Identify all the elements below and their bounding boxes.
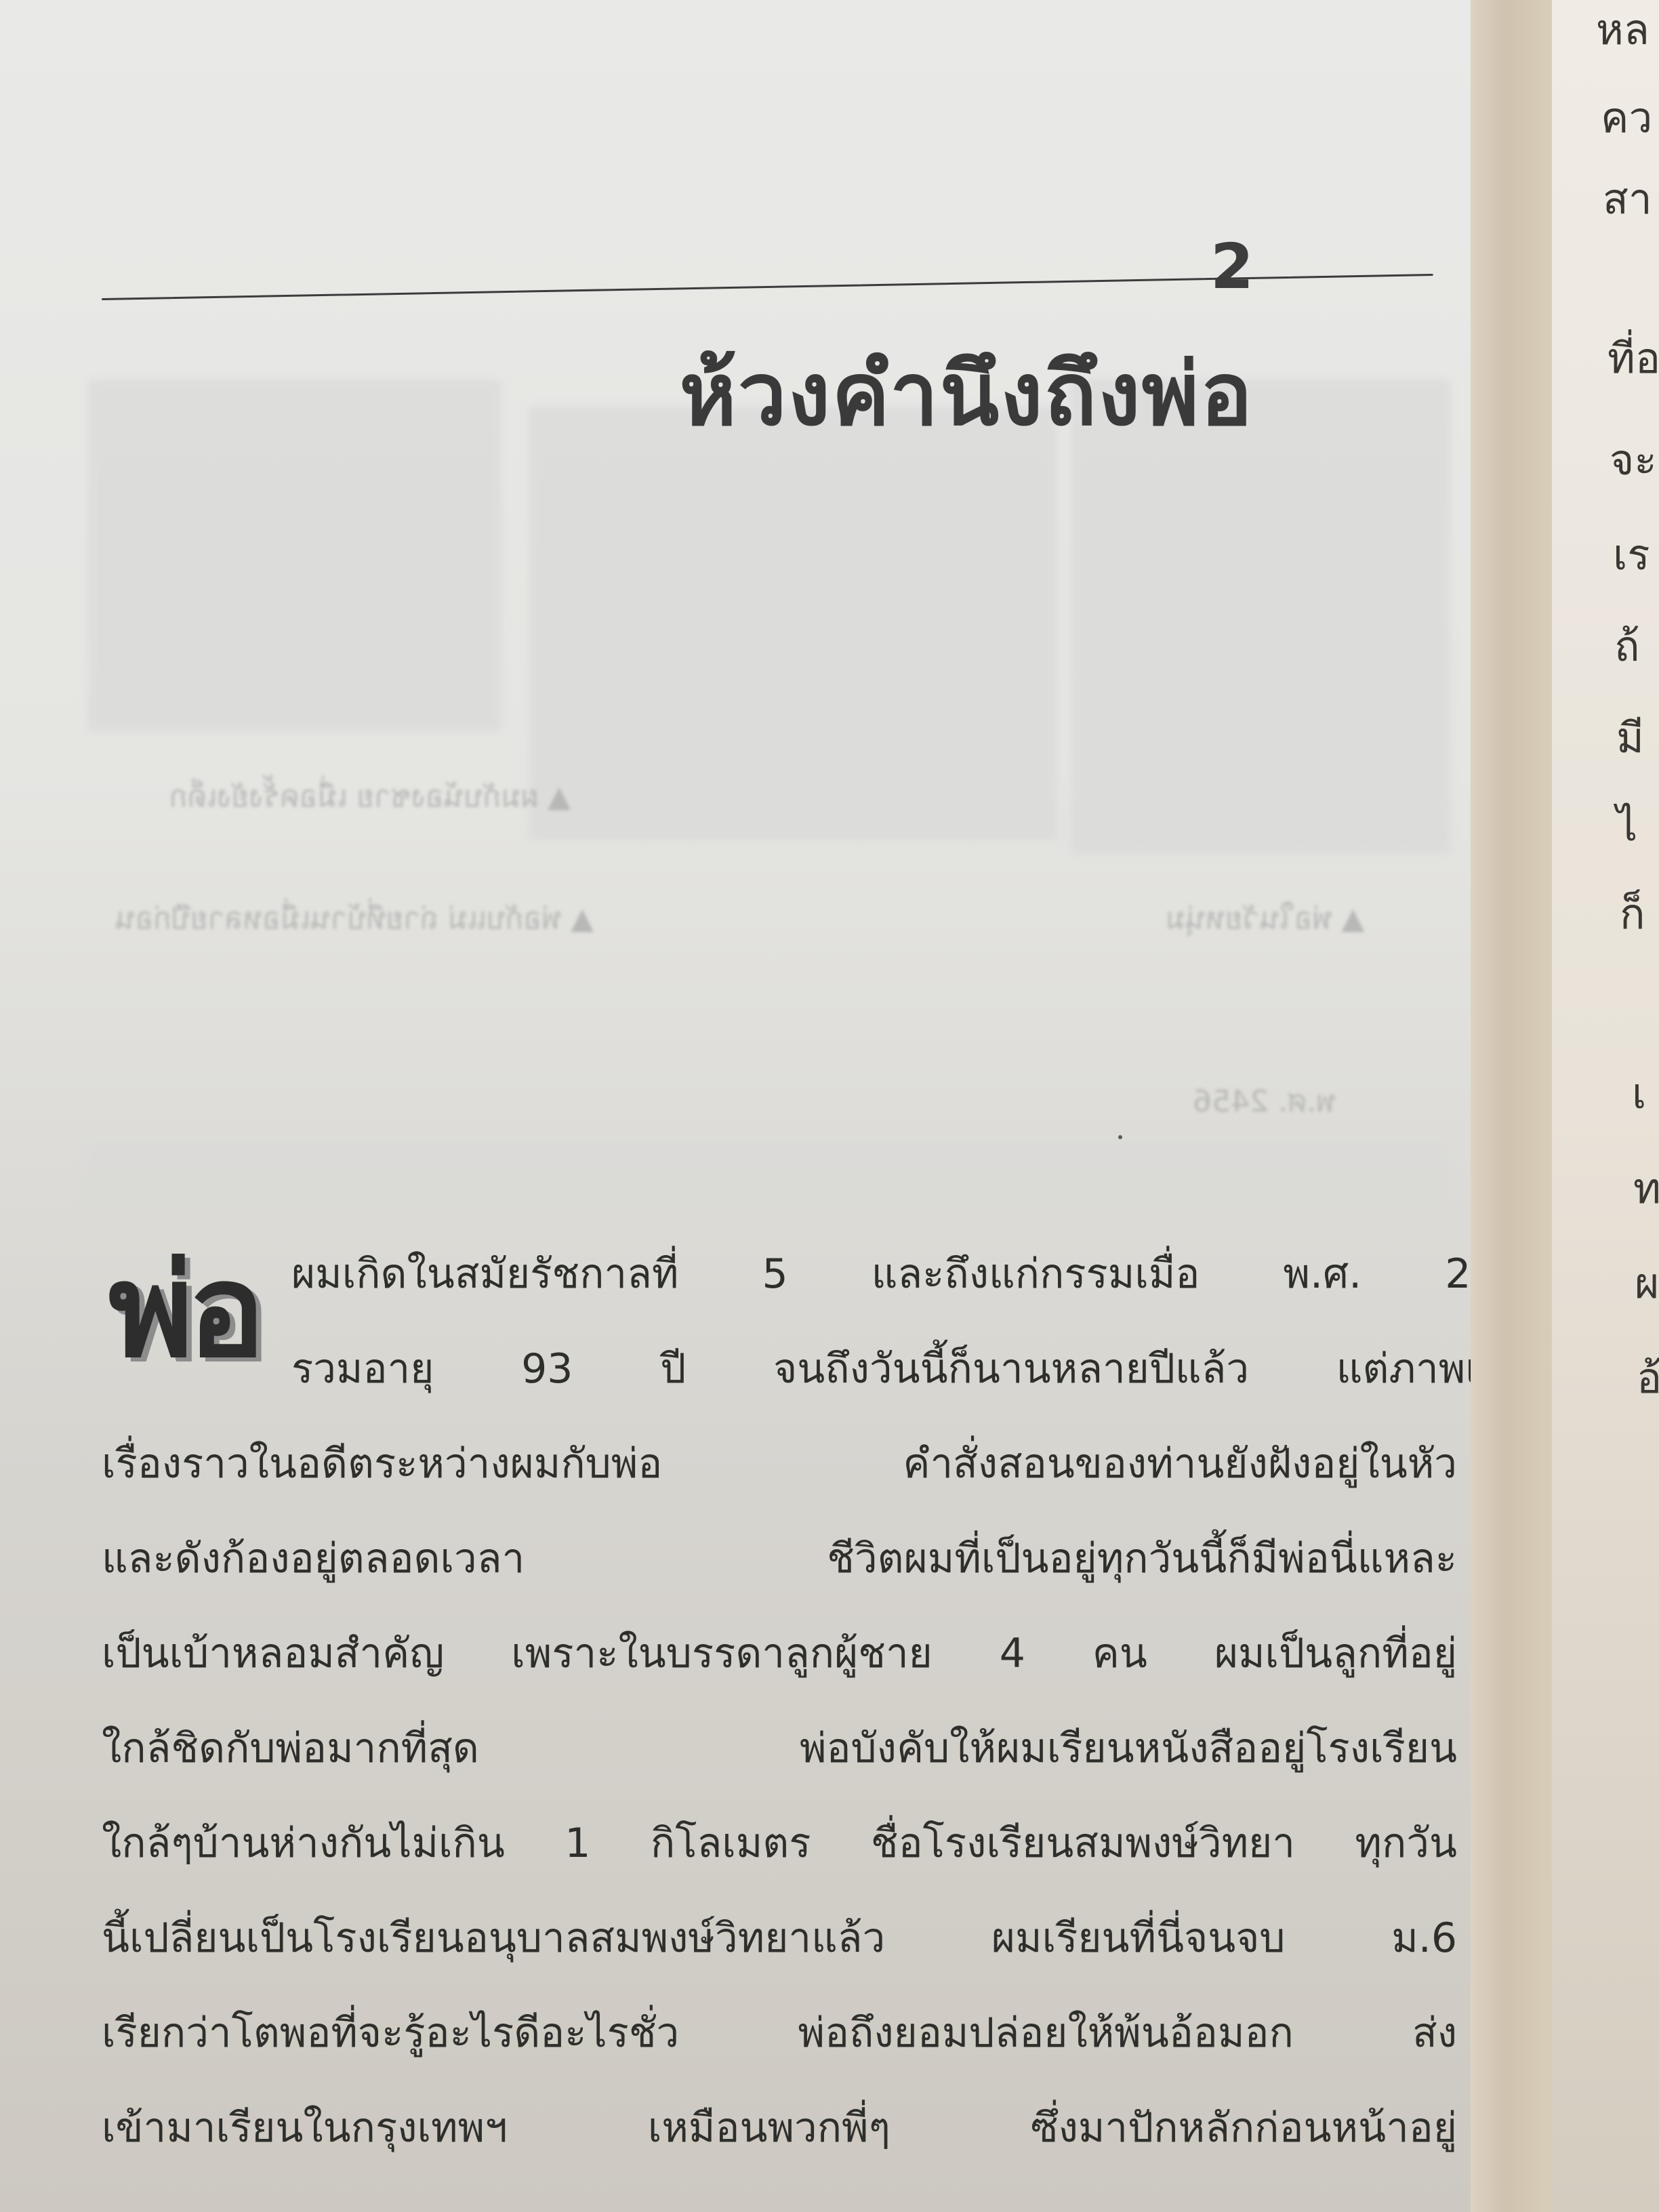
- body-line: เรียกว่าโตพอที่จะรู้อะไรดีอะไรชั่ว พ่อถึ…: [102, 2013, 1457, 2053]
- show-through-photo-1: [88, 380, 501, 732]
- facing-line-fragment: สา: [1603, 166, 1652, 232]
- show-through-caption: ▲ พ่อกับแม่ ถ่ายที่บ้านเมื่อหลายปีก่อน: [115, 895, 594, 942]
- right-page-edge: หล คว สา ที่อ จะ เร ถ้ มี ไ ก็ เ ท ผ อ้: [1552, 0, 1659, 2212]
- dropcap: พ่อ: [108, 1247, 260, 1376]
- chapter-title: ห้วงคำนึงถึงพ่อ: [680, 325, 1254, 463]
- body-line: เรื่องราวในอดีตระหว่างผมกับพ่อ คำสั่งสอน…: [102, 1443, 1457, 1484]
- body-line: และดังก้องอยู่ตลอดเวลา ชีวิตผมที่เป็นอยู…: [102, 1538, 1457, 1579]
- facing-line-fragment: เ: [1632, 1061, 1646, 1127]
- facing-line-fragment: เร: [1613, 522, 1650, 588]
- left-page: ▲ ผมกับน้องชาย เมื่อครั้งยังเด็ก ▲ พ่อกั…: [0, 0, 1477, 2212]
- body-line: ผมเกิดในสมัยรัชกาลที่ 5 และถึงแก่กรรมเมื…: [291, 1254, 1549, 1294]
- show-through-caption: พ.ศ. 2456: [1193, 1078, 1336, 1125]
- book-gutter: [1471, 0, 1552, 2212]
- body-line: ใกล้ๆบ้านห่างกันไม่เกิน 1 กิโลเมตร ชื่อโ…: [102, 1823, 1457, 1864]
- facing-line-fragment: คว: [1601, 85, 1652, 151]
- book-spread: ▲ ผมกับน้องชาย เมื่อครั้งยังเด็ก ▲ พ่อกั…: [0, 0, 1659, 2212]
- body-line: เข้ามาเรียนในกรุงเทพฯ เหมือนพวกพี่ๆ ซึ่ง…: [102, 2108, 1457, 2148]
- show-through-photo-2: [529, 407, 1057, 840]
- show-through-text-band: [81, 1139, 1450, 1220]
- facing-line-fragment: ไ: [1616, 793, 1637, 859]
- body-line: นี้เปลี่ยนเป็นโรงเรียนอนุบาลสมพงษ์วิทยาแ…: [102, 1918, 1457, 1959]
- facing-line-fragment: ท: [1633, 1155, 1659, 1222]
- facing-line-fragment: หล: [1596, 0, 1650, 63]
- body-line: รวมอายุ 93 ปี จนถึงวันนี้ก็นานหลายปีแล้ว…: [291, 1349, 1549, 1389]
- show-through-caption: ▲ พ่อในวัยหนุ่ม: [1166, 895, 1364, 942]
- body-line: ใกล้ชิดกับพ่อมากที่สุด พ่อบังคับให้ผมเรี…: [102, 1728, 1457, 1769]
- dust-speck: [1118, 1135, 1122, 1139]
- chapter-number: 2: [1210, 230, 1254, 303]
- facing-line-fragment: จะ: [1610, 427, 1657, 493]
- facing-line-fragment: อ้: [1637, 1345, 1659, 1412]
- facing-line-fragment: ผ: [1635, 1250, 1659, 1317]
- show-through-caption: ▲ ผมกับน้องชาย เมื่อครั้งยังเด็ก: [169, 773, 571, 820]
- facing-line-fragment: ที่อ: [1607, 325, 1659, 392]
- facing-line-fragment: มี: [1616, 705, 1644, 771]
- facing-line-fragment: ก็: [1620, 881, 1645, 947]
- body-line: เป็นเบ้าหลอมสำคัญ เพราะในบรรดาลูกผู้ชาย …: [102, 1633, 1457, 1674]
- facing-line-fragment: ถ้: [1614, 613, 1640, 680]
